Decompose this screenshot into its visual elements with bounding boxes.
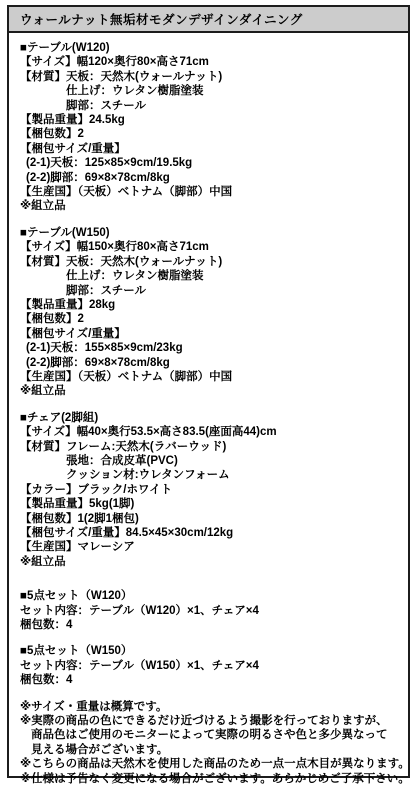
spec-package-count: 【梱包数】1(2脚1梱包) — [20, 512, 404, 526]
section-table-w120: ■テーブル(W120) 【サイズ】幅120×奥行80×高さ71cm 【材質】天板… — [20, 41, 404, 214]
spec-package-count: 【梱包数】2 — [20, 127, 404, 141]
section-heading: ■5点セット（W150） — [20, 644, 404, 658]
section-chair: ■チェア(2脚組) 【サイズ】幅40×奥行53.5×高さ83.5(座面高44)c… — [20, 411, 404, 569]
section-heading: ■チェア(2脚組) — [20, 411, 404, 425]
spec-material-legs: 脚部：スチール — [20, 284, 404, 298]
section-heading: ■テーブル(W150) — [20, 226, 404, 240]
spec-material: 【材質】天板：天然木(ウォールナット) — [20, 70, 404, 84]
disclaimer-spec-change: ※仕様は予告なく変更になる場合がございます。あらかじめご了承下さい。 — [20, 772, 404, 786]
spec-package-2: (2-2)脚部：69×8×78cm/8kg — [20, 356, 404, 370]
disclaimer-color-1: ※実際の商品の色にできるだけ近づけるよう撮影を行っておりますが、 — [20, 714, 404, 728]
spec-size: 【サイズ】幅150×奥行80×高さ71cm — [20, 240, 404, 254]
spec-origin: 【生産国】（天板）ベトナム（脚部）中国 — [20, 370, 404, 384]
set-package-count: 梱包数：4 — [20, 618, 404, 632]
disclaimer-size: ※サイズ・重量は概算です。 — [20, 700, 404, 714]
set-contents: セット内容：テーブル（W120）×1、チェア×4 — [20, 604, 404, 618]
spec-sheet-title: ウォールナット無垢材モダンデザインダイニング — [9, 7, 408, 33]
spec-origin: 【生産国】マレーシア — [20, 540, 404, 554]
disclaimer-woodgrain: ※こちらの商品は天然木を使用した商品のため一点一点木目が異なります。 — [20, 757, 404, 771]
spec-color: 【カラー】ブラック/ホワイト — [20, 483, 404, 497]
spec-package-size-label: 【梱包サイズ/重量】 — [20, 327, 404, 341]
spec-assembly-note: ※組立品 — [20, 199, 404, 213]
spec-package-2: (2-2)脚部：69×8×78cm/8kg — [20, 171, 404, 185]
disclaimer-color-3: 見える場合がございます。 — [20, 743, 404, 757]
spec-package-count: 【梱包数】2 — [20, 312, 404, 326]
spec-weight: 【製品重量】28kg — [20, 298, 404, 312]
spec-origin: 【生産国】（天板）ベトナム（脚部）中国 — [20, 185, 404, 199]
spec-package-size-label: 【梱包サイズ/重量】 — [20, 142, 404, 156]
disclaimer-color-2: 商品色はご使用のモニターによって実際の明るさや色と多少異なって — [20, 728, 404, 742]
set-contents: セット内容：テーブル（W150）×1、チェア×4 — [20, 659, 404, 673]
spec-material-upholstery: 張地：合成皮革(PVC) — [20, 454, 404, 468]
spec-material: 【材質】フレーム:天然木(ラバーウッド) — [20, 440, 404, 454]
spec-package-size: 【梱包サイズ/重量】84.5×45×30cm/12kg — [20, 526, 404, 540]
spec-assembly-note: ※組立品 — [20, 555, 404, 569]
spec-material-finish: 仕上げ：ウレタン樹脂塗装 — [20, 269, 404, 283]
section-set-w120: ■5点セット（W120） セット内容：テーブル（W120）×1、チェア×4 梱包… — [20, 589, 404, 632]
spec-package-1: (2-1)天板：125×85×9cm/19.5kg — [20, 156, 404, 170]
section-disclaimers: ※サイズ・重量は概算です。 ※実際の商品の色にできるだけ近づけるよう撮影を行って… — [20, 700, 404, 786]
spec-material-legs: 脚部：スチール — [20, 99, 404, 113]
spec-material-finish: 仕上げ：ウレタン樹脂塗装 — [20, 84, 404, 98]
section-heading: ■5点セット（W120） — [20, 589, 404, 603]
spec-weight: 【製品重量】5kg(1脚) — [20, 497, 404, 511]
spec-sheet-body: ■テーブル(W120) 【サイズ】幅120×奥行80×高さ71cm 【材質】天板… — [9, 33, 408, 786]
section-table-w150: ■テーブル(W150) 【サイズ】幅150×奥行80×高さ71cm 【材質】天板… — [20, 226, 404, 399]
section-heading: ■テーブル(W120) — [20, 41, 404, 55]
product-spec-sheet: ウォールナット無垢材モダンデザインダイニング ■テーブル(W120) 【サイズ】… — [7, 5, 410, 778]
section-set-w150: ■5点セット（W150） セット内容：テーブル（W150）×1、チェア×4 梱包… — [20, 644, 404, 687]
spec-assembly-note: ※組立品 — [20, 384, 404, 398]
spec-material: 【材質】天板：天然木(ウォールナット) — [20, 255, 404, 269]
spec-package-1: (2-1)天板：155×85×9cm/23kg — [20, 341, 404, 355]
spec-size: 【サイズ】幅120×奥行80×高さ71cm — [20, 55, 404, 69]
spec-size: 【サイズ】幅40×奥行53.5×高さ83.5(座面高44)cm — [20, 425, 404, 439]
spec-weight: 【製品重量】24.5kg — [20, 113, 404, 127]
set-package-count: 梱包数：4 — [20, 673, 404, 687]
spec-material-cushion: クッション材:ウレタンフォーム — [20, 468, 404, 482]
